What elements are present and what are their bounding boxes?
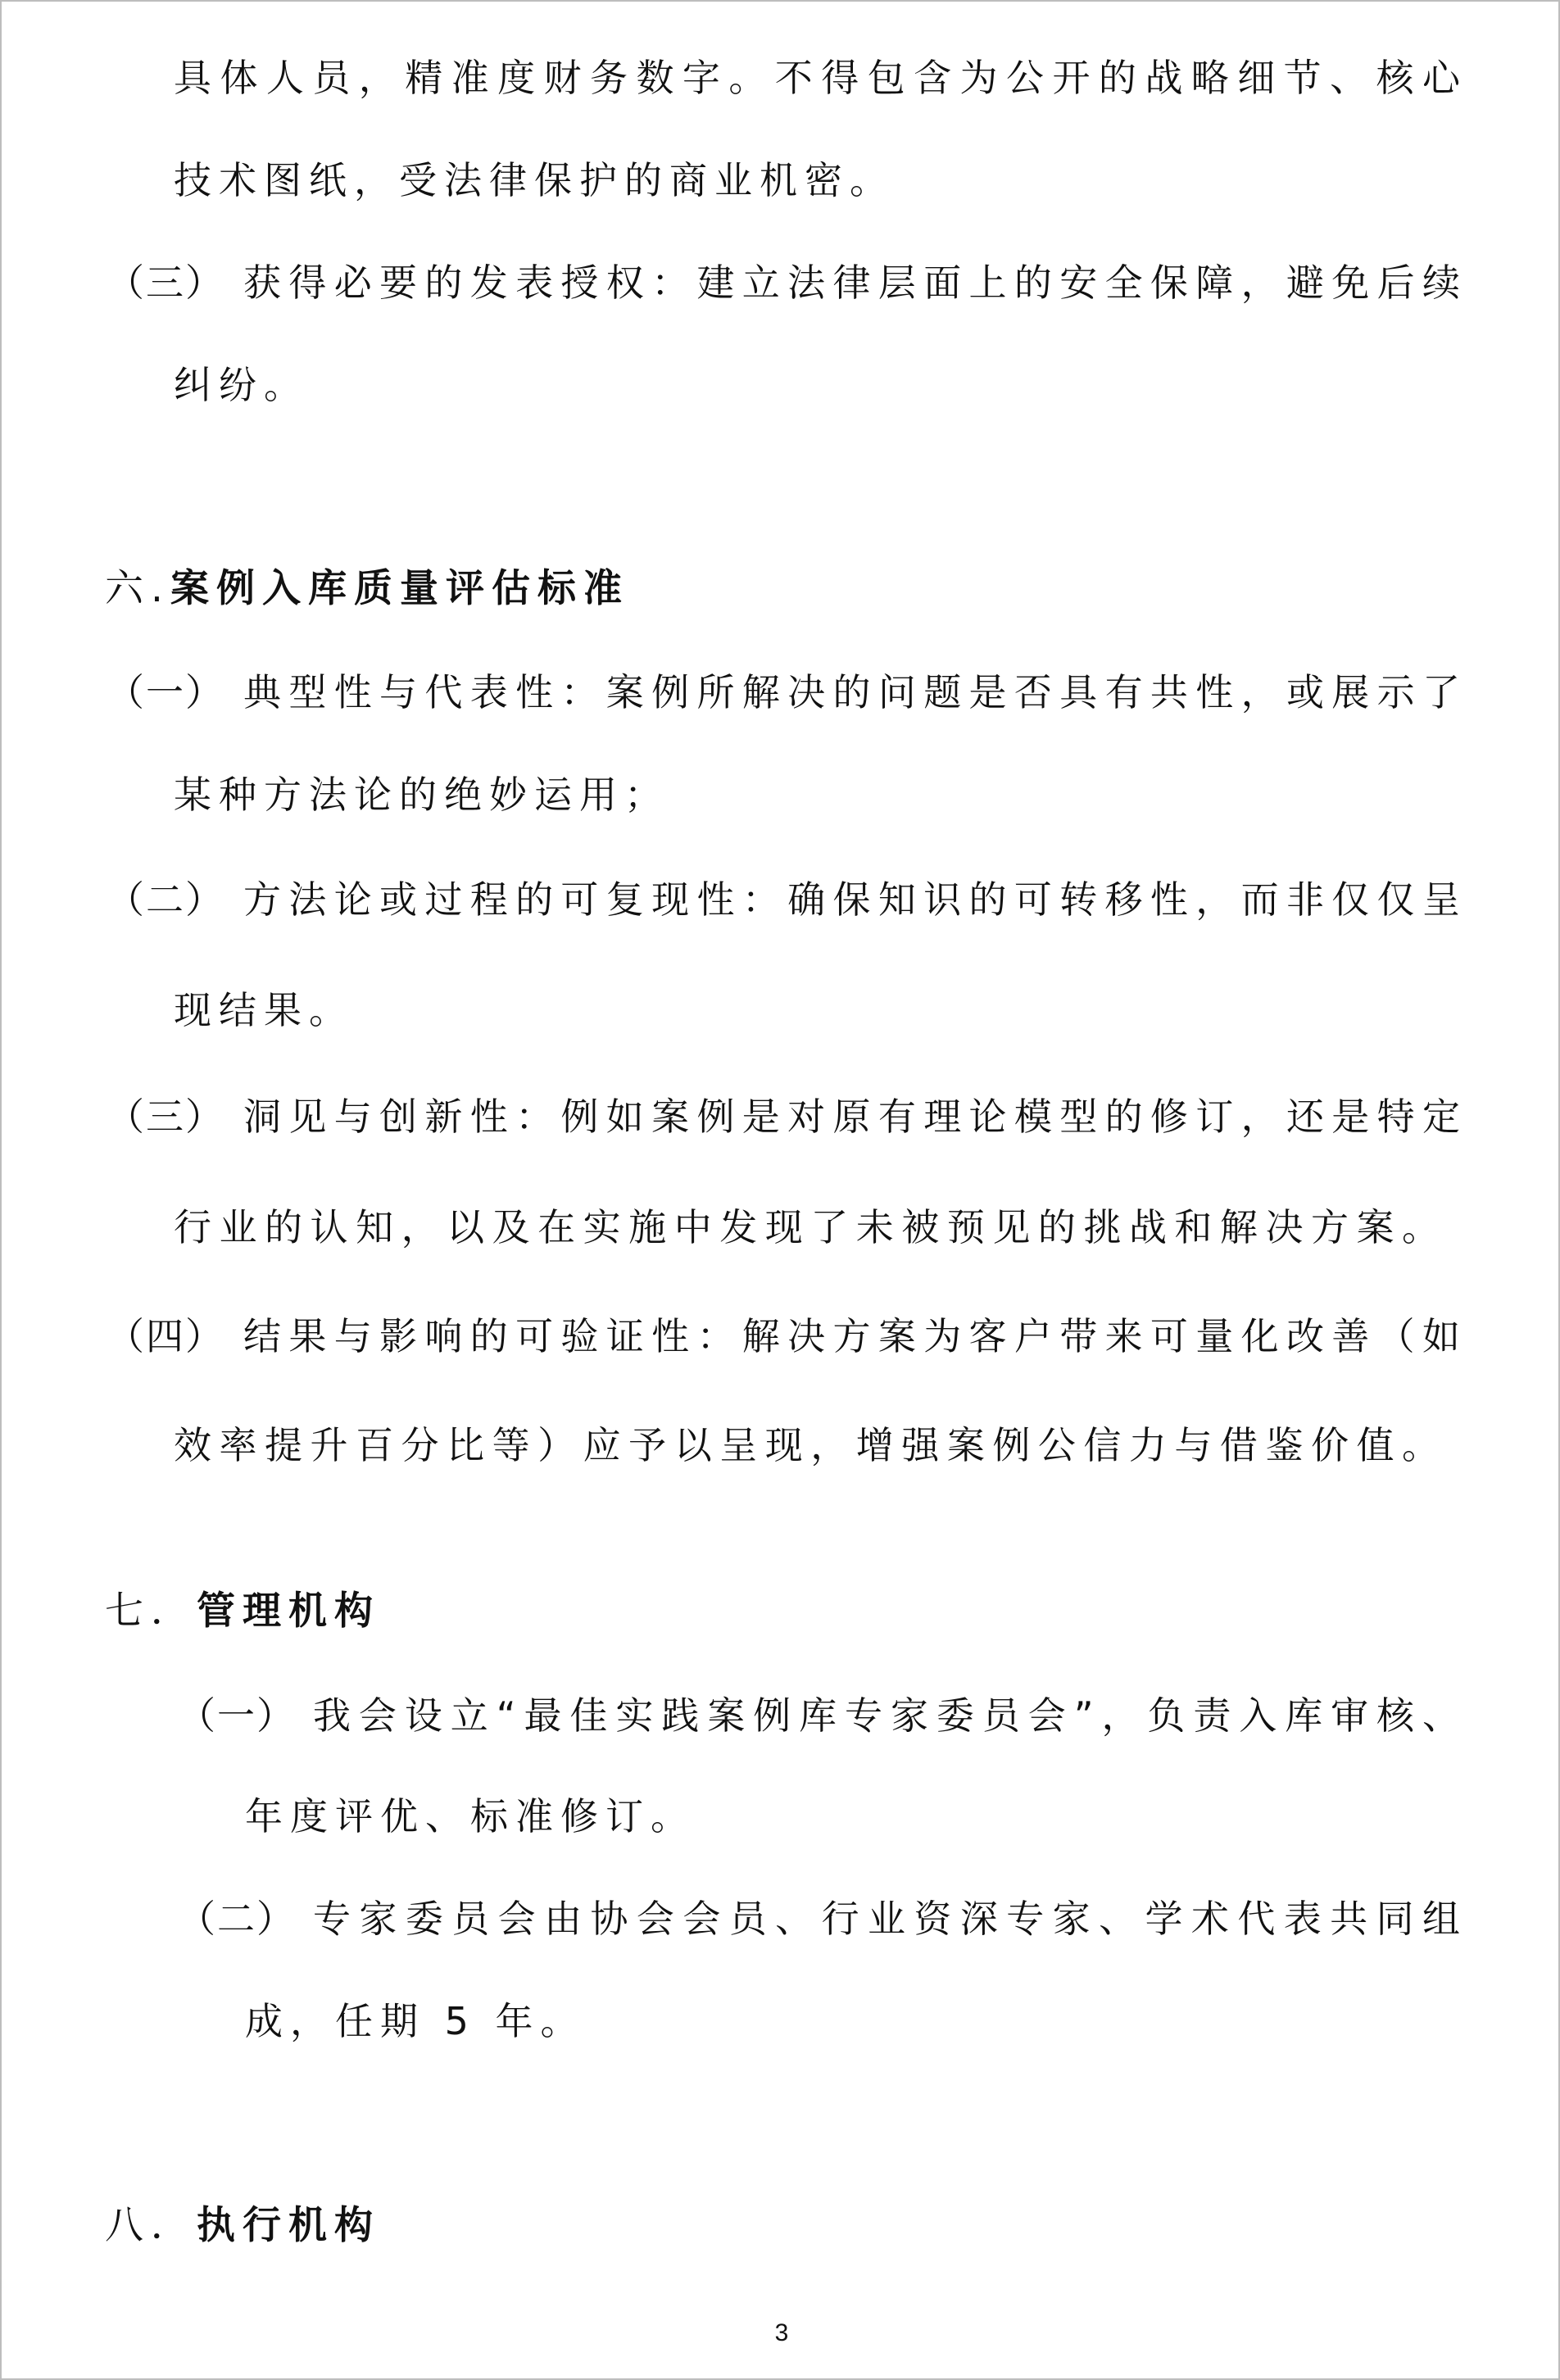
section-title: 执行机构 <box>197 2203 380 2248</box>
paragraph-line: 效率提升百分比等）应予以呈现，增强案例公信力与借鉴价值。 <box>174 1421 1440 1470</box>
section-title: 案例入库质量评估标准 <box>170 566 629 611</box>
list-marker: （四） <box>107 1312 224 1361</box>
list-marker: （三） <box>107 258 224 307</box>
section-title: 管理机构 <box>197 1589 380 1634</box>
section-heading-8: 八．执行机构 <box>105 2201 380 2251</box>
section-number: 七． <box>105 1589 197 1634</box>
paragraph-line: 技术图纸，受法律保护的商业机密。 <box>174 156 895 205</box>
section-heading-7: 七．管理机构 <box>105 1587 380 1636</box>
paragraph-line: 我会设立“最佳实践案例库专家委员会”，负责入库审核、 <box>313 1691 1460 1740</box>
paragraph-line: 纠纷。 <box>174 360 309 410</box>
paragraph-line: 典型性与代表性：案例所解决的问题是否具有共性，或展示了 <box>243 668 1460 717</box>
paragraph-line: 年度评优、标准修订。 <box>245 1792 696 1841</box>
list-marker: （一） <box>178 1691 296 1740</box>
list-marker: （三） <box>107 1092 224 1141</box>
document-page: 具体人员，精准度财务数字。不得包含为公开的战略细节、核心 技术图纸，受法律保护的… <box>0 0 1560 2380</box>
section-number: 八． <box>105 2203 197 2248</box>
paragraph-line: 获得必要的发表授权：建立法律层面上的安全保障，避免后续 <box>243 258 1460 307</box>
paragraph-line: 现结果。 <box>174 986 354 1035</box>
paragraph-line: 结果与影响的可验证性：解决方案为客户带来可量化改善（如 <box>243 1312 1460 1361</box>
paragraph-line: 洞见与创新性：例如案例是对原有理论模型的修订，还是特定 <box>243 1092 1460 1141</box>
list-marker: （一） <box>107 668 224 717</box>
paragraph-line: 行业的认知，以及在实施中发现了未被预见的挑战和解决方案。 <box>174 1203 1440 1252</box>
paragraph-line: 某种方法论的绝妙运用； <box>174 770 669 819</box>
list-marker: （二） <box>107 875 224 924</box>
paragraph-line: 专家委员会由协会会员、行业资深专家、学术代表共同组 <box>313 1894 1460 1943</box>
list-marker: （二） <box>178 1894 296 1943</box>
section-number: 六. <box>105 566 170 611</box>
paragraph-line: 具体人员，精准度财务数字。不得包含为公开的战略细节、核心 <box>174 53 1460 102</box>
section-heading-6: 六.案例入库质量评估标准 <box>105 564 629 614</box>
paragraph-line: 方法论或过程的可复现性：确保知识的可转移性，而非仅仅呈 <box>243 875 1460 924</box>
page-number: 3 <box>2 2317 1560 2350</box>
paragraph-line: 成，任期 5 年。 <box>245 1997 586 2046</box>
